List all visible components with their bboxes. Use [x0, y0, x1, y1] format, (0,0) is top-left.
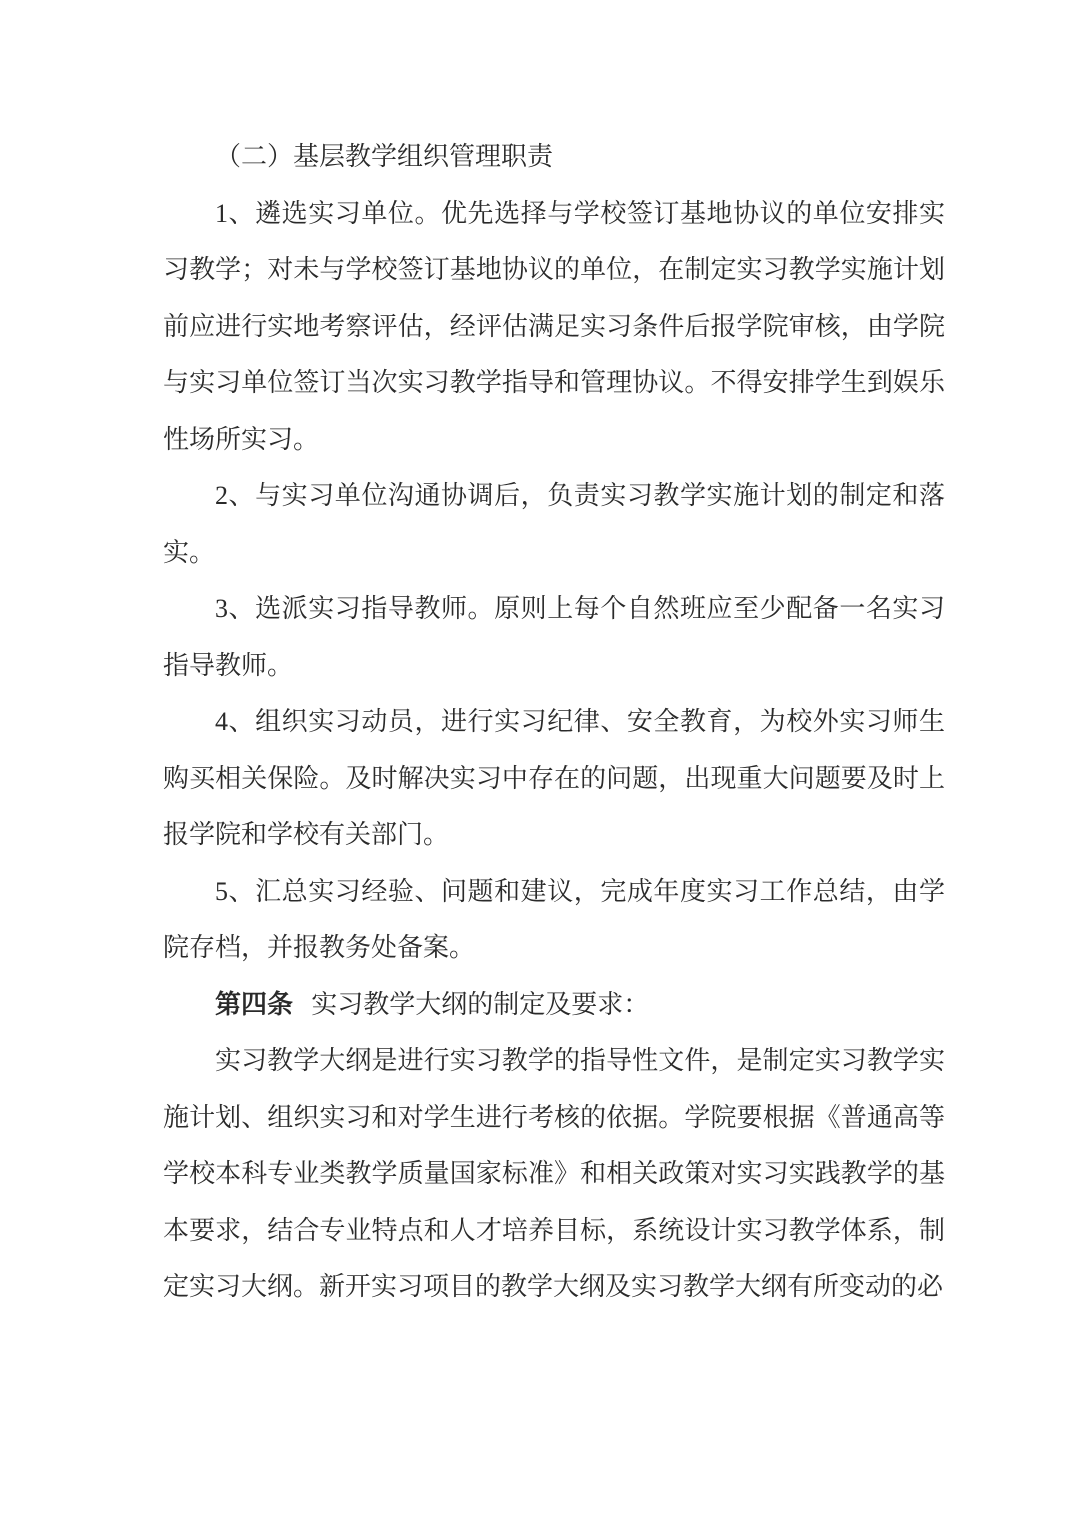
paragraph-article-4: 第四条实习教学大纲的制定及要求：: [163, 977, 945, 1034]
paragraph-article-4-body: 实习教学大纲是进行实习教学的指导性文件，是制定实习教学实施计划、组织实习和对学生…: [163, 1033, 945, 1316]
paragraph-item-5: 5、汇总实习经验、问题和建议，完成年度实习工作总结，由学院存档，并报教务处备案。: [163, 864, 945, 977]
paragraph-item-3: 3、选派实习指导教师。原则上每个自然班应至少配备一名实习指导教师。: [163, 581, 945, 694]
article-4-title: 实习教学大纲的制定及要求：: [311, 990, 649, 1019]
article-4-number: 第四条: [215, 990, 293, 1019]
paragraph-item-1: 1、遴选实习单位。优先选择与学校签订基地协议的单位安排实习教学；对未与学校签订基…: [163, 186, 945, 469]
section-heading: （二）基层教学组织管理职责: [163, 129, 945, 186]
paragraph-item-2: 2、与实习单位沟通协调后，负责实习教学实施计划的制定和落实。: [163, 468, 945, 581]
document-page: （二）基层教学组织管理职责 1、遴选实习单位。优先选择与学校签订基地协议的单位安…: [0, 0, 1074, 1520]
paragraph-item-4: 4、组织实习动员，进行实习纪律、安全教育，为校外实习师生购买相关保险。及时解决实…: [163, 694, 945, 864]
document-body: （二）基层教学组织管理职责 1、遴选实习单位。优先选择与学校签订基地协议的单位安…: [163, 129, 945, 1316]
